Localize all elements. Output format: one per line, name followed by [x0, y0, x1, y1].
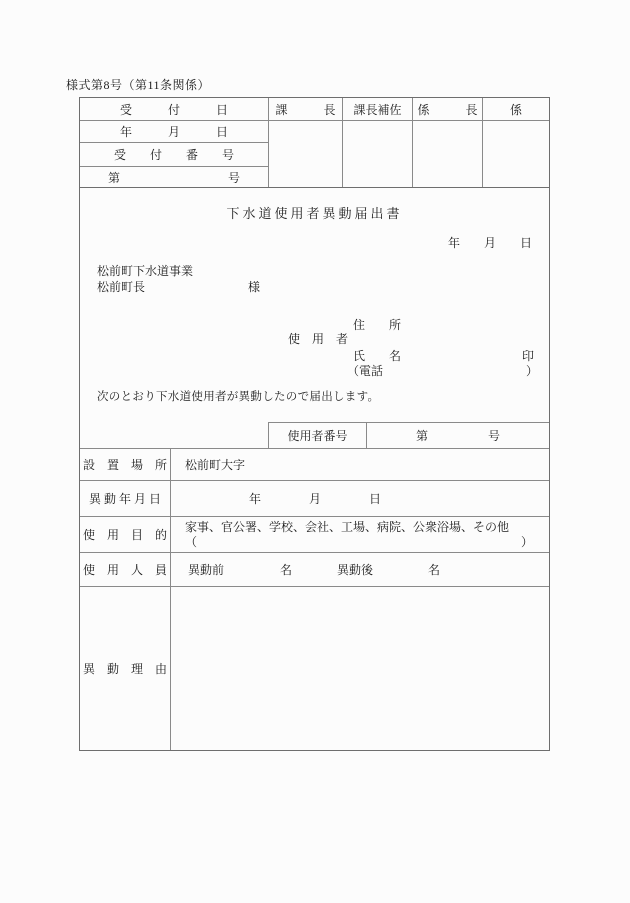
unit-chief-stamp-box — [412, 120, 482, 187]
addressee-honorific: 様 — [248, 278, 260, 295]
document-page: 様式第8号（第11条関係） 受 付 日 課 長 課長補佐 係 長 係 年 月 日… — [0, 0, 630, 903]
installation-location-label: 設 置 場 所 — [80, 449, 171, 480]
change-date-value: 年 月 日 — [171, 481, 549, 516]
phone-label-close: ） — [526, 362, 538, 379]
change-date-label: 異 動 年 月 日 — [80, 481, 171, 516]
usage-purpose-value: 家事、官公署、学校、会社、工場、病院、公衆浴場、その他 （ ） — [171, 517, 549, 552]
date-line: 年 月 日 — [448, 234, 532, 251]
usage-purpose-fill-in: （ ） — [185, 535, 533, 550]
addressee-name: 松前町長 — [97, 278, 145, 295]
user-section-label: 使 用 者 — [288, 330, 348, 347]
notification-form-frame: 下水道使用者異動届出書 年 月 日 松前町下水道事業 松前町長 様 住 所 使 … — [79, 187, 550, 751]
document-title: 下水道使用者異動届出書 — [80, 203, 549, 222]
usage-purpose-options: 家事、官公署、学校、会社、工場、病院、公衆浴場、その他 — [185, 520, 533, 535]
row-change-reason: 異 動 理 由 — [80, 586, 549, 750]
row-change-date: 異 動 年 月 日 年 月 日 — [80, 480, 549, 516]
reception-date-header: 受 付 日 — [80, 98, 268, 120]
usage-purpose-label: 使 用 目 的 — [80, 517, 171, 552]
row-user-count: 使 用 人 員 異動前 名 異動後 名 — [80, 552, 549, 586]
sender-organization: 松前町下水道事業 — [97, 262, 193, 279]
user-count-label: 使 用 人 員 — [80, 553, 171, 586]
before-change-unit: 名 — [280, 561, 292, 578]
approval-stamp-table: 受 付 日 課 長 課長補佐 係 長 係 年 月 日 受 付 番 号 第 号 — [79, 97, 550, 188]
paren-open: （ — [185, 535, 197, 550]
staff-header: 係 — [482, 98, 549, 120]
reception-number-value: 第 号 — [80, 166, 268, 187]
user-number-value: 第 号 — [366, 423, 549, 448]
user-count-value: 異動前 名 異動後 名 — [171, 553, 549, 586]
section-chief-assistant-header: 課長補佐 — [342, 98, 412, 120]
section-chief-assistant-stamp-box — [342, 120, 412, 187]
user-number-row: 使用者番号 第 号 — [268, 422, 549, 448]
change-reason-label: 異 動 理 由 — [80, 587, 171, 750]
address-label: 住 所 — [353, 316, 401, 333]
row-installation-location: 設 置 場 所 松前町大字 — [80, 448, 549, 480]
paren-close: ） — [521, 535, 533, 550]
unit-chief-header: 係 長 — [412, 98, 482, 120]
section-chief-stamp-box — [268, 120, 342, 187]
staff-stamp-box — [482, 120, 549, 187]
reception-number-header: 受 付 番 号 — [80, 142, 268, 166]
row-usage-purpose: 使 用 目 的 家事、官公署、学校、会社、工場、病院、公衆浴場、その他 （ ） — [80, 516, 549, 552]
before-change-label: 異動前 — [188, 561, 224, 578]
form-number: 様式第8号（第11条関係） — [66, 76, 210, 93]
user-number-label: 使用者番号 — [269, 423, 366, 448]
installation-location-value: 松前町大字 — [171, 449, 549, 480]
after-change-unit: 名 — [428, 561, 440, 578]
letter-area: 下水道使用者異動届出書 年 月 日 松前町下水道事業 松前町長 様 住 所 使 … — [80, 188, 549, 422]
statement-text: 次のとおり下水道使用者が異動したので届出します。 — [97, 388, 379, 404]
reception-date-value: 年 月 日 — [80, 120, 268, 142]
phone-label-open: （電話 — [347, 362, 383, 379]
after-change-label: 異動後 — [337, 561, 373, 578]
section-chief-header: 課 長 — [268, 98, 342, 120]
change-reason-value — [171, 587, 549, 750]
